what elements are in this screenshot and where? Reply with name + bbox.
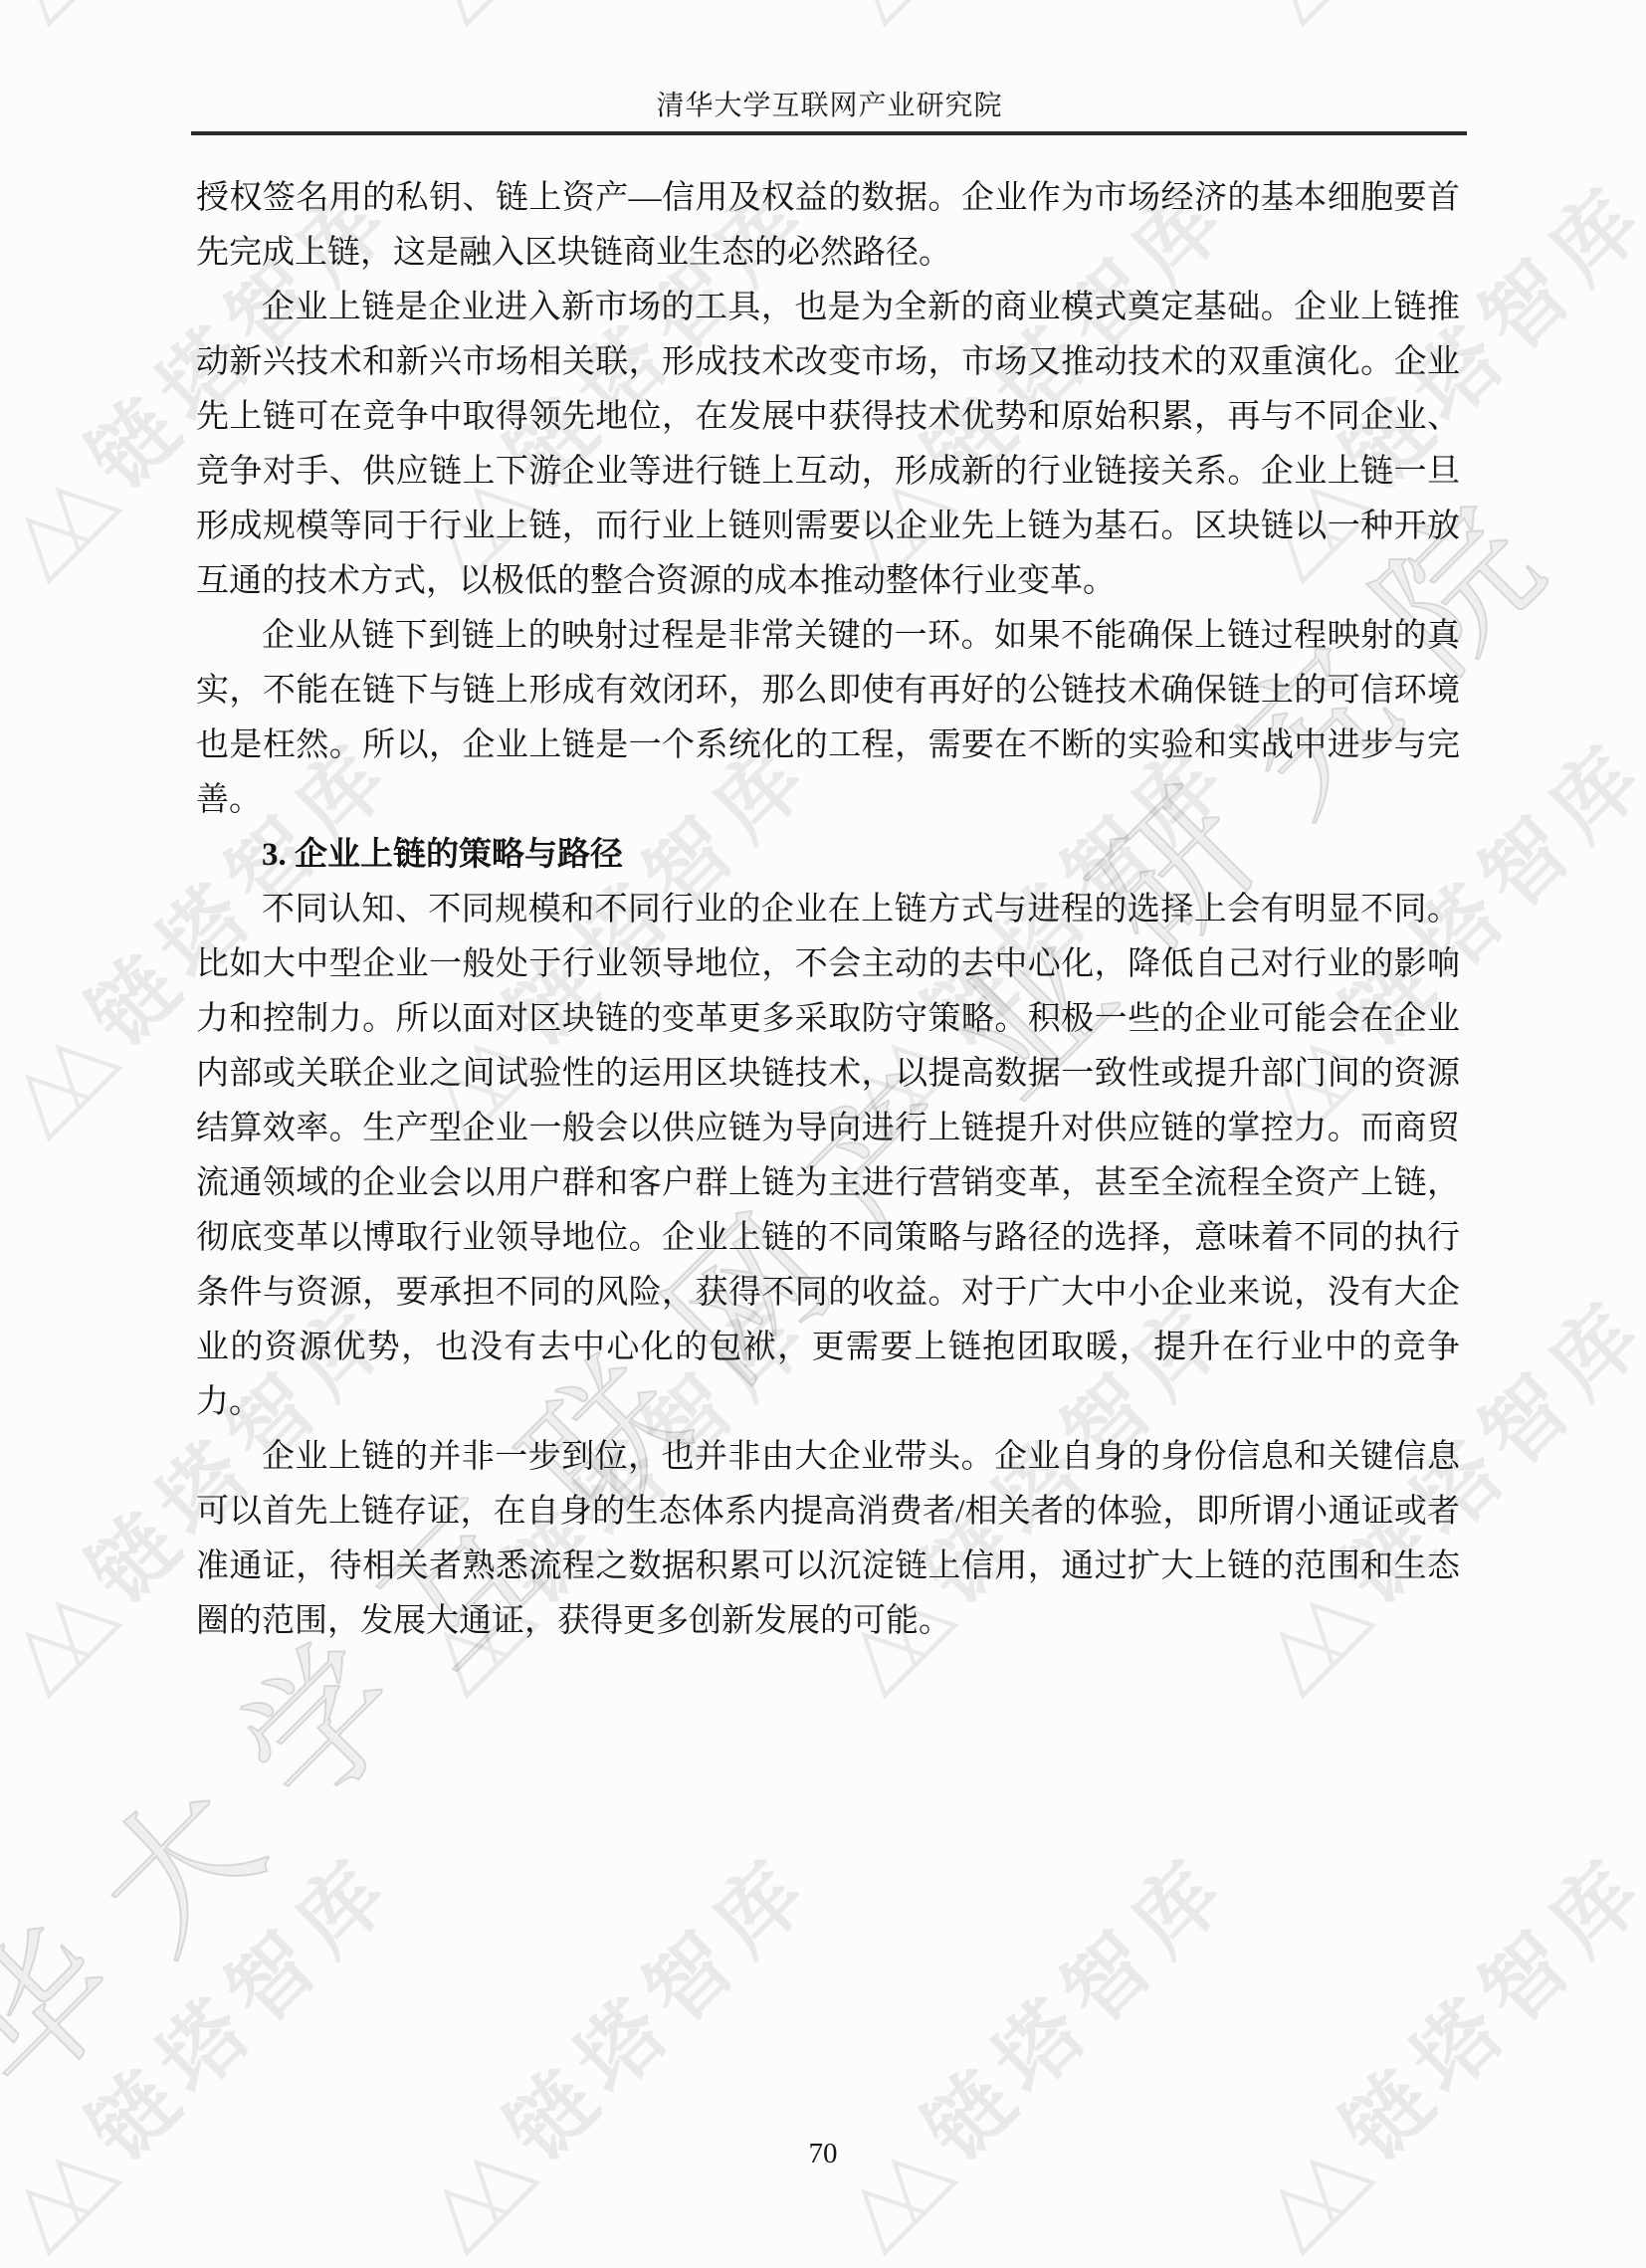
lianta-logo-icon: △△ [1245,0,1364,30]
watermark-tile: △△链塔智库 [827,0,1246,30]
paragraph: 授权签名用的私钥、链上资产—信用及权益的数据。企业作为市场经济的基本细胞要首先完… [196,171,1460,281]
paragraph: 企业从链下到链上的映射过程是非常关键的一环。如果不能确保上链过程映射的真实，不能… [196,609,1460,828]
paragraph: 企业上链的并非一步到位，也并非由大企业带头。企业自身的身份信息和关键信息可以首先… [196,1430,1460,1649]
lianta-logo-icon: △△ [0,1582,109,1702]
watermark-tile: △△链塔智库 [409,1840,828,2259]
document-page: △△链塔智库△△链塔智库△△链塔智库△△链塔智库△△链塔智库△△链塔智库△△链塔… [0,0,1646,2268]
paragraph: 不同认知、不同规模和不同行业的企业在上链方式与进程的选择上会有明显不同。比如大中… [196,883,1460,1430]
watermark-tile: △△链塔智库 [0,0,409,30]
lianta-logo-icon: △△ [0,468,109,587]
watermark-tile: △△链塔智库 [409,0,828,30]
watermark-tile: △△链塔智库 [1245,1840,1646,2259]
paragraph: 企业上链是企业进入新市场的工具，也是为全新的商业模式奠定基础。企业上链推动新兴技… [196,281,1460,609]
watermark-tile: △△链塔智库 [1245,0,1646,30]
header-divider [191,131,1467,135]
lianta-logo-icon: △△ [0,0,109,30]
lianta-logo-icon: △△ [827,0,946,30]
lianta-logo-icon: △△ [0,1025,109,1144]
page-number: 70 [0,2138,1646,2170]
section-heading: 3. 企业上链的策略与路径 [196,828,1460,883]
watermark-tile: △△链塔智库 [827,1840,1246,2259]
document-body: 授权签名用的私钥、链上资产—信用及权益的数据。企业作为市场经济的基本细胞要首先完… [196,171,1460,1649]
page-header-title: 清华大学互联网产业研究院 [192,84,1467,123]
watermark-tile-label: 链塔智库 [489,1837,831,2179]
lianta-logo-icon: △△ [409,0,528,30]
watermark-tile-label: 链塔智库 [907,1837,1249,2179]
watermark-tile-label: 链塔智库 [1325,1837,1646,2179]
